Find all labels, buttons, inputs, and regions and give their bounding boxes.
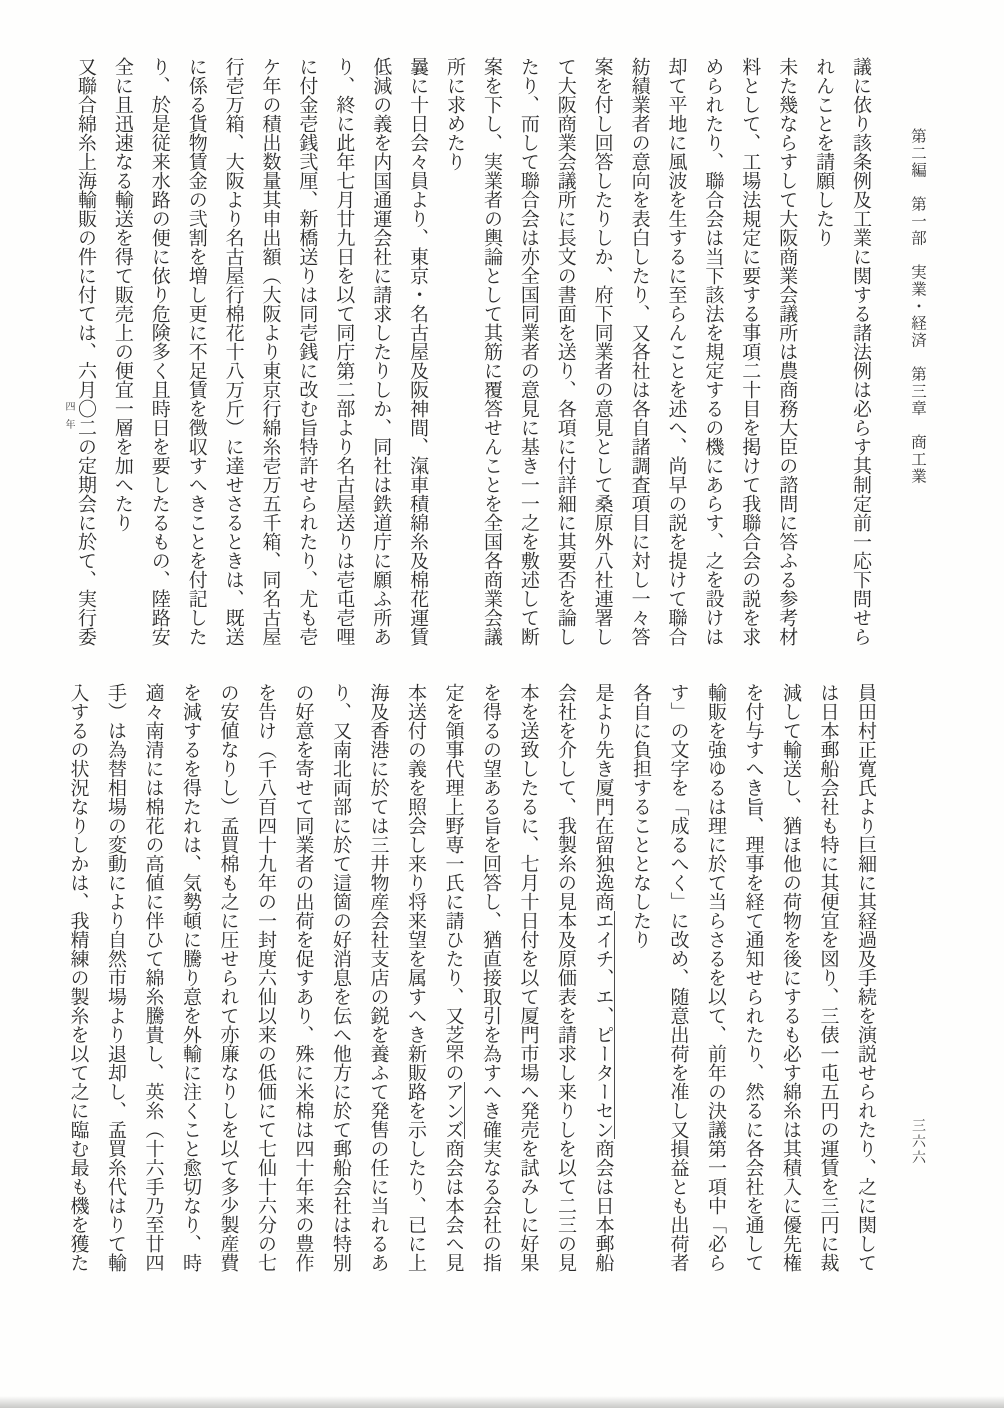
text-column: 本送付の義を照会し来り将来望を属すへき新販路を示したり、已に上 bbox=[397, 683, 435, 1301]
text-column: 減して輸送し、猶ほ他の荷物を後にするも必す綿糸は其積入に優先権 bbox=[772, 683, 810, 1301]
text-column: を減するを得たれは、気勢頓に騰り意を外輸に注くこと愈切なり、時 bbox=[172, 683, 210, 1301]
text-column: 海及香港に於ては三井物産会社支店の鋭を養ふて発售の任に当れるあ bbox=[359, 683, 397, 1301]
text-column-with-proper-noun-mark: 定を領事代理上野専一氏に請ひたり、又芝罘のアンズ商会は本会へ見 bbox=[434, 683, 472, 1301]
page-edge-shadow bbox=[0, 1396, 1004, 1408]
side-note: 四年 bbox=[63, 401, 73, 437]
text-column: 所に求めたり bbox=[435, 57, 472, 661]
text-column: り、又南北両部に於て這箇の好消息を伝へ他方に於て郵船会社は特別 bbox=[322, 683, 360, 1301]
text-column: ケ年の積出数量其申出額（大阪より東京行綿糸壱万五千箱、同名古屋 bbox=[251, 57, 288, 661]
text-column-with-proper-noun-mark: 是より先き厦門在留独逸商エイチ、エ、ピーターセン商会は日本郵船 bbox=[584, 683, 622, 1301]
text-column: 各自に負担することとなしたり bbox=[622, 683, 660, 1301]
date-main-text: 〇二 bbox=[75, 399, 96, 437]
scanned-book-page: 第二編 第一部 実業・経済 第三章 商工業 三六六 議に依り該条例及工業に関する… bbox=[0, 0, 1004, 1408]
text-column: に付金壱銭弐厘、新橋送りは同壱銭に改む旨特許せられたり、尤も壱 bbox=[288, 57, 325, 661]
text-column: り、終に此年七月廿九日を以て同庁第二部より名古屋送りは壱屯壱哩 bbox=[324, 57, 361, 661]
text-column: 行壱万箱、大阪より名古屋行棉花十八万斤）に達せさるときは、既送 bbox=[214, 57, 251, 661]
text-column: 輸販を強ゆるは理に於て当らさるを以て、前年の決議第一項中「必ら bbox=[697, 683, 735, 1301]
text-column: 入するの状況なりしかは、我精練の製糸を以て之に臨む最も機を獲た bbox=[59, 683, 97, 1301]
text-segment: 是より先き厦門在留独逸商 bbox=[593, 683, 614, 911]
proper-noun-marked-text: アンズ bbox=[443, 1082, 465, 1139]
text-column: 議に依り該条例及工業に関する諸法例は必らす其制定前一応下問せら bbox=[841, 57, 878, 661]
text-segment: の定期会に於て、実行委 bbox=[75, 437, 96, 646]
text-column: められたり、聯合会は当下該法を規定するの機にあらす、之を設けは bbox=[693, 57, 730, 661]
text-column: れんことを請願したり bbox=[804, 57, 841, 661]
text-column: 料として、工場法規定に要する事項二十目を掲けて我聯合会の説を求 bbox=[730, 57, 767, 661]
text-column: の好意を寄せて同業者の出荷を促すあり、殊に米棉は四十年来の豊作 bbox=[284, 683, 322, 1301]
running-head: 第二編 第一部 実業・経済 第三章 商工業 bbox=[906, 128, 928, 548]
text-column: を告け（千八百四十九年の一封度六仙以来の低価にて七仙十六分の七 bbox=[247, 683, 285, 1301]
text-column: 適々南清には棉花の高値に伴ひて綿糸騰貴し、英糸（十六手乃至廿四 bbox=[134, 683, 172, 1301]
text-column: 案を付し回答したりしか、府下同業者の意見として桑原外八社連署し bbox=[583, 57, 620, 661]
text-column: たり、而して聯合会は亦全国同業者の意見に基き一一之を敷述して断 bbox=[509, 57, 546, 661]
text-block-lower: 員田村正寛氏より巨細に其経過及手続を演説せられたり、之に関して は日本郵船会社も… bbox=[58, 683, 884, 1301]
text-column: 曩に十日会々員より、東京・名古屋及阪神間、滊車積綿糸及棉花運賃 bbox=[398, 57, 435, 661]
text-column: 全に且迅速なる輸送を得て販売上の便宜一層を加へたり bbox=[103, 57, 140, 661]
date-with-side-note: 〇二四年 bbox=[75, 399, 96, 437]
text-column: 却て平地に風波を生するに至らんことを述へ、尚早の説を提けて聯合 bbox=[657, 57, 694, 661]
text-column: 会社を介して、我製糸の見本及原価表を請求し来りしを以て二三の見 bbox=[547, 683, 585, 1301]
text-column: て大阪商業会議所に長文の書面を送り、各項に付詳細に其要否を論し bbox=[546, 57, 583, 661]
page-number: 三六六 bbox=[907, 1118, 927, 1166]
text-segment: 商会は日本郵船 bbox=[593, 1139, 614, 1272]
text-block-upper: 議に依り該条例及工業に関する諸法例は必らす其制定前一応下問せら れんことを請願し… bbox=[66, 57, 878, 661]
text-segment: 商会は本会へ見 bbox=[443, 1139, 464, 1272]
text-column: の安値なりし）孟買棉も之に圧せられて亦廉なりしを以て多少製産費 bbox=[209, 683, 247, 1301]
text-column: 本を送致したるに、七月十日付を以て厦門市場へ発売を試みしに好果 bbox=[509, 683, 547, 1301]
text-column: を得るの望ある旨を回答し、猶直接取引を為すへき確実なる会社の指 bbox=[472, 683, 510, 1301]
text-column: り、於是従来水路の便に依り危険多く且時日を要したるもの、陸路安 bbox=[140, 57, 177, 661]
text-column: 低減の義を内国通運会社に請求したりしか、同社は鉄道庁に願ふ所あ bbox=[361, 57, 398, 661]
text-column: を付与すへき旨、理事を経て通知せられたり、然るに各会社を通して bbox=[734, 683, 772, 1301]
text-segment: 又聯合綿糸上海輸販の件に付ては、六月 bbox=[75, 57, 96, 399]
text-column-with-annotation: 又聯合綿糸上海輸販の件に付ては、六月〇二四年の定期会に於て、実行委 bbox=[66, 57, 103, 661]
text-column: す」の文字を「成るへく」に改め、随意出荷を准し又損益とも出荷者 bbox=[659, 683, 697, 1301]
text-column: 案を下し、実業者の輿論として其筋に覆答せんことを全国各商業会議 bbox=[472, 57, 509, 661]
proper-noun-marked-text: エイチ、エ、ピーターセン bbox=[593, 911, 615, 1139]
text-column: 員田村正寛氏より巨細に其経過及手続を演説せられたり、之に関して bbox=[847, 683, 885, 1301]
text-column: 手）は為替相場の変動により自然市場より退却し、孟買糸代はりて輸 bbox=[97, 683, 135, 1301]
text-column: は日本郵船会社も特に其便宜を図り、三俵一屯五円の運賃を三円に裁 bbox=[809, 683, 847, 1301]
text-segment: 定を領事代理上野専一氏に請ひたり、又芝罘の bbox=[443, 683, 464, 1082]
text-column: 紡績業者の意向を表白したり、又各社は各自諸調査項目に対し一々答 bbox=[620, 57, 657, 661]
text-column: 未た幾ならすして大阪商業会議所は農商務大臣の諮問に答ふる参考材 bbox=[767, 57, 804, 661]
text-column: に係る貨物賃金の弐割を増し更に不足賃を徴収すへきことを付記した bbox=[177, 57, 214, 661]
